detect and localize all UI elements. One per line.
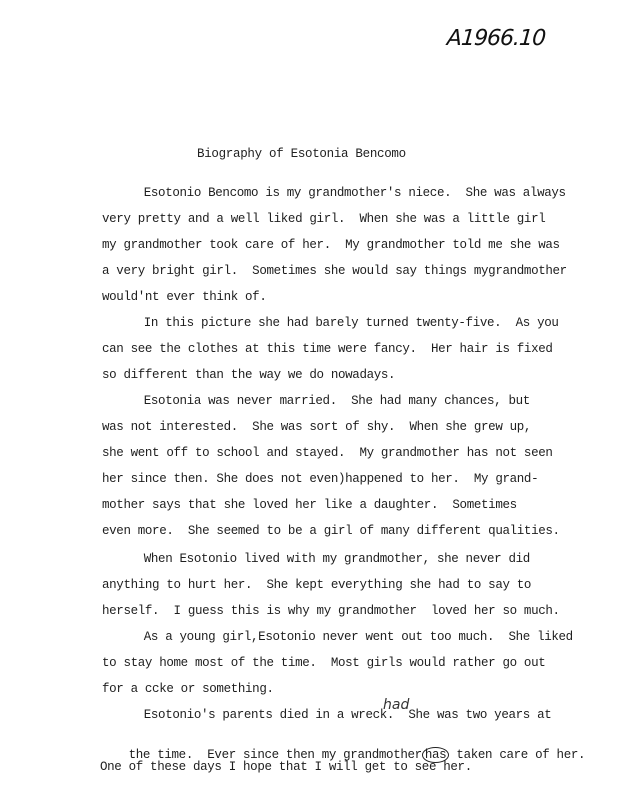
text-line: As a young girl,Esotonio never went out … [108,630,573,644]
text-line: for a ccke or something. [102,682,274,696]
accession-number: A1966.10 [446,26,546,51]
text-line: to stay home most of the time. Most girl… [102,656,545,670]
text-line: my grandmother took care of her. My gran… [102,238,560,252]
text-line: When Esotonio lived with my grandmother,… [108,552,530,566]
text-line: can see the clothes at this time were fa… [102,342,553,356]
document-title: Biography of Esotonia Bencomo [197,147,406,161]
text-line: herself. I guess this is why my grandmot… [102,604,560,618]
text-line: would'nt ever think of. [102,290,266,304]
text-line: her since then. She does not even)happen… [102,472,538,486]
text-line: Esotonia was never married. She had many… [108,394,530,408]
text-line: Esotonio's parents died in a wreck. She … [108,708,551,722]
text-line: even more. She seemed to be a girl of ma… [102,524,560,538]
text-line: Esotonio Bencomo is my grandmother's nie… [108,186,566,200]
text-line: was not interested. She was sort of shy.… [102,420,531,434]
text-line: a very bright girl. Sometimes she would … [102,264,567,278]
text-line: One of these days I hope that I will get… [100,760,472,774]
document-page: A1966.10 Biography of Esotonia Bencomo E… [0,0,618,800]
handwritten-correction: had [383,697,409,713]
text-line: In this picture she had barely turned tw… [108,316,559,330]
text-line: very pretty and a well liked girl. When … [102,212,545,226]
text-line: she went off to school and stayed. My gr… [102,446,553,460]
text-line: mother says that she loved her like a da… [102,498,517,512]
text-line: anything to hurt her. She kept everythin… [102,578,531,592]
text-line: so different than the way we do nowadays… [102,368,395,382]
